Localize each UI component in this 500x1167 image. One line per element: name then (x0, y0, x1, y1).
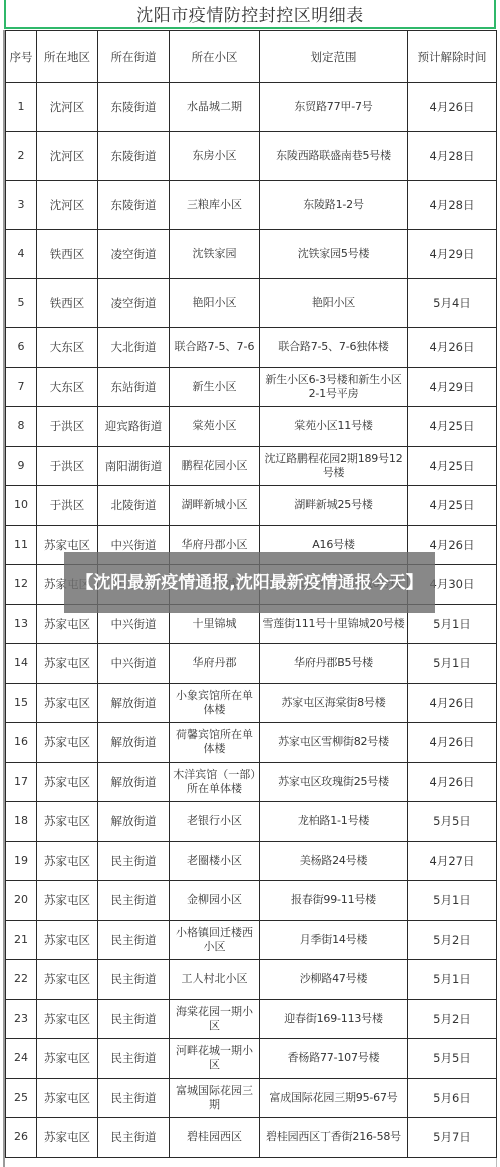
cell-district: 沈河区 (37, 132, 98, 181)
cell-street: 东陵街道 (98, 181, 170, 230)
cell-community: 艳阳小区 (170, 279, 260, 328)
cell-expected-release-date: 5月5日 (408, 1039, 497, 1079)
table-row: 7大东区东站街道新生小区新生小区6-3号楼和新生小区2-1号平房4月29日 (6, 367, 497, 407)
cell-expected-release-date: 4月25日 (408, 446, 497, 486)
cell-designated-range: 报春街99-11号楼 (260, 881, 408, 921)
cell-serial-no: 8 (6, 407, 37, 447)
table-row: 2沈河区东陵街道东房小区东陵西路联盛南巷5号楼4月28日 (6, 132, 497, 181)
cell-serial-no: 13 (6, 604, 37, 644)
cell-expected-release-date: 4月29日 (408, 367, 497, 407)
cell-street: 解放街道 (98, 802, 170, 842)
cell-serial-no: 17 (6, 762, 37, 802)
cell-expected-release-date: 4月26日 (408, 83, 497, 132)
cell-district: 苏家屯区 (37, 841, 98, 881)
cell-community: 棠苑小区 (170, 407, 260, 447)
table-row: 8于洪区迎宾路街道棠苑小区棠苑小区11号楼4月25日 (6, 407, 497, 447)
cell-serial-no: 12 (6, 565, 37, 605)
cell-community: 水晶城二期 (170, 83, 260, 132)
cell-expected-release-date: 5月4日 (408, 279, 497, 328)
table-header-row: 序号 所在地区 所在街道 所在小区 划定范围 预计解除时间 (6, 31, 497, 83)
cell-designated-range: 艳阳小区 (260, 279, 408, 328)
cell-expected-release-date: 5月5日 (408, 802, 497, 842)
cell-designated-range: 香杨路77-107号楼 (260, 1039, 408, 1079)
table-row: 16苏家屯区解放街道荷馨宾馆所在单体楼苏家屯区雪柳街82号楼4月26日 (6, 723, 497, 763)
cell-community: 老圈楼小区 (170, 841, 260, 881)
cell-serial-no: 20 (6, 881, 37, 921)
cell-serial-no: 22 (6, 960, 37, 1000)
cell-designated-range: 湖畔新城25号楼 (260, 486, 408, 526)
cell-district: 苏家屯区 (37, 1078, 98, 1118)
cell-district: 苏家屯区 (37, 999, 98, 1039)
cell-community: 湖畔新城小区 (170, 486, 260, 526)
cell-street: 大北街道 (98, 328, 170, 368)
cell-serial-no: 5 (6, 279, 37, 328)
cell-serial-no: 18 (6, 802, 37, 842)
cell-district: 铁西区 (37, 230, 98, 279)
cell-community: 新生小区 (170, 367, 260, 407)
cell-expected-release-date: 5月1日 (408, 881, 497, 921)
cell-designated-range: 棠苑小区11号楼 (260, 407, 408, 447)
cell-community: 海棠花园一期小区 (170, 999, 260, 1039)
cell-street: 民主街道 (98, 1118, 170, 1158)
cell-street: 东站街道 (98, 367, 170, 407)
cell-district: 苏家屯区 (37, 1039, 98, 1079)
table-row: 17苏家屯区解放街道木洋宾馆（一部）所在单体楼苏家屯区玫瑰街25号楼4月26日 (6, 762, 497, 802)
cell-serial-no: 10 (6, 486, 37, 526)
cell-community: 河畔花城一期小区 (170, 1039, 260, 1079)
cell-district: 苏家屯区 (37, 723, 98, 763)
cell-community: 东房小区 (170, 132, 260, 181)
cell-expected-release-date: 4月28日 (408, 132, 497, 181)
table-row: 10于洪区北陵街道湖畔新城小区湖畔新城25号楼4月25日 (6, 486, 497, 526)
cell-designated-range: 美杨路24号楼 (260, 841, 408, 881)
cell-expected-release-date: 5月7日 (408, 1118, 497, 1158)
cell-designated-range: 东贸路77甲-7号 (260, 83, 408, 132)
cell-street: 民主街道 (98, 920, 170, 960)
cell-serial-no: 4 (6, 230, 37, 279)
header-district: 所在地区 (37, 31, 98, 83)
cell-community: 木洋宾馆（一部）所在单体楼 (170, 762, 260, 802)
cell-expected-release-date: 4月25日 (408, 407, 497, 447)
table-row: 9于洪区南阳湖街道鹏程花园小区沈辽路鹏程花园2期189号12号楼4月25日 (6, 446, 497, 486)
table-row: 23苏家屯区民主街道海棠花园一期小区迎春街169-113号楼5月2日 (6, 999, 497, 1039)
cell-expected-release-date: 4月27日 (408, 841, 497, 881)
cell-expected-release-date: 4月25日 (408, 486, 497, 526)
table-row: 25苏家屯区民主街道富城国际花园三期富成国际花园三期95-67号5月6日 (6, 1078, 497, 1118)
cell-district: 铁西区 (37, 279, 98, 328)
table-row: 6大东区大北街道联合路7-5、7-6联合路7-5、7-6独体楼4月26日 (6, 328, 497, 368)
table-row: 4铁西区凌空街道沈铁家园沈铁家园5号楼4月29日 (6, 230, 497, 279)
cell-designated-range: 龙柏路1-1号楼 (260, 802, 408, 842)
cell-street: 凌空街道 (98, 279, 170, 328)
cell-expected-release-date: 4月26日 (408, 723, 497, 763)
cell-community: 金柳园小区 (170, 881, 260, 921)
cell-district: 苏家屯区 (37, 1118, 98, 1158)
cell-district: 于洪区 (37, 446, 98, 486)
cell-community: 鹏程花园小区 (170, 446, 260, 486)
cell-community: 三粮库小区 (170, 181, 260, 230)
cell-serial-no: 24 (6, 1039, 37, 1079)
cell-serial-no: 21 (6, 920, 37, 960)
cell-district: 苏家屯区 (37, 683, 98, 723)
cell-street: 民主街道 (98, 841, 170, 881)
cell-community: 碧桂园西区 (170, 1118, 260, 1158)
cell-district: 苏家屯区 (37, 920, 98, 960)
cell-serial-no: 23 (6, 999, 37, 1039)
cell-street: 民主街道 (98, 1039, 170, 1079)
cell-serial-no: 7 (6, 367, 37, 407)
cell-designated-range: 苏家屯区雪柳街82号楼 (260, 723, 408, 763)
table-row: 19苏家屯区民主街道老圈楼小区美杨路24号楼4月27日 (6, 841, 497, 881)
table-row: 3沈河区东陵街道三粮库小区东陵路1-2号4月28日 (6, 181, 497, 230)
cell-district: 苏家屯区 (37, 802, 98, 842)
header-expected-release-date: 预计解除时间 (408, 31, 497, 83)
cell-district: 沈河区 (37, 181, 98, 230)
cell-serial-no: 9 (6, 446, 37, 486)
cell-street: 东陵街道 (98, 83, 170, 132)
cell-expected-release-date: 5月2日 (408, 920, 497, 960)
cell-street: 民主街道 (98, 960, 170, 1000)
cell-street: 民主街道 (98, 881, 170, 921)
cell-district: 大东区 (37, 328, 98, 368)
cell-community: 小格镇回迁楼西小区 (170, 920, 260, 960)
table-row: 26苏家屯区民主街道碧桂园西区碧桂园西区丁香街216-58号5月7日 (6, 1118, 497, 1158)
cell-designated-range: 苏家屯区玫瑰街25号楼 (260, 762, 408, 802)
cell-expected-release-date: 4月26日 (408, 762, 497, 802)
table-body: 1沈河区东陵街道水晶城二期东贸路77甲-7号4月26日2沈河区东陵街道东房小区东… (6, 83, 497, 1158)
table-row: 21苏家屯区民主街道小格镇回迁楼西小区月季街14号楼5月2日 (6, 920, 497, 960)
cell-serial-no: 15 (6, 683, 37, 723)
cell-street: 解放街道 (98, 683, 170, 723)
cell-serial-no: 26 (6, 1118, 37, 1158)
cell-serial-no: 3 (6, 181, 37, 230)
cell-designated-range: 月季街14号楼 (260, 920, 408, 960)
cell-designated-range: 沈辽路鹏程花园2期189号12号楼 (260, 446, 408, 486)
cell-serial-no: 2 (6, 132, 37, 181)
overlay-caption-text: 【沈阳最新疫情通报,沈阳最新疫情通报今天】 (76, 572, 422, 594)
cell-street: 东陵街道 (98, 132, 170, 181)
cell-expected-release-date: 5月2日 (408, 999, 497, 1039)
table-row: 5铁西区凌空街道艳阳小区艳阳小区5月4日 (6, 279, 497, 328)
cell-serial-no: 6 (6, 328, 37, 368)
cell-street: 中兴街道 (98, 644, 170, 684)
cell-expected-release-date: 4月26日 (408, 328, 497, 368)
cell-designated-range: 新生小区6-3号楼和新生小区2-1号平房 (260, 367, 408, 407)
cell-district: 于洪区 (37, 486, 98, 526)
cell-designated-range: 华府丹郡B5号楼 (260, 644, 408, 684)
cell-community: 荷馨宾馆所在单体楼 (170, 723, 260, 763)
table-row: 14苏家屯区中兴街道华府丹郡华府丹郡B5号楼5月1日 (6, 644, 497, 684)
cell-serial-no: 11 (6, 525, 37, 565)
cell-designated-range: 沙柳路47号楼 (260, 960, 408, 1000)
cell-street: 凌空街道 (98, 230, 170, 279)
cell-designated-range: 苏家屯区海棠街8号楼 (260, 683, 408, 723)
cell-district: 苏家屯区 (37, 644, 98, 684)
document-title: 沈阳市疫情防控封控区明细表 (136, 1, 364, 26)
table-row: 1沈河区东陵街道水晶城二期东贸路77甲-7号4月26日 (6, 83, 497, 132)
header-community: 所在小区 (170, 31, 260, 83)
cell-expected-release-date: 5月1日 (408, 960, 497, 1000)
cell-expected-release-date: 4月26日 (408, 683, 497, 723)
overlay-caption-banner: 【沈阳最新疫情通报,沈阳最新疫情通报今天】 (64, 552, 435, 613)
cell-designated-range: 富成国际花园三期95-67号 (260, 1078, 408, 1118)
cell-street: 解放街道 (98, 762, 170, 802)
cell-serial-no: 14 (6, 644, 37, 684)
table-row: 24苏家屯区民主街道河畔花城一期小区香杨路77-107号楼5月5日 (6, 1039, 497, 1079)
cell-community: 沈铁家园 (170, 230, 260, 279)
cell-community: 工人村北小区 (170, 960, 260, 1000)
cell-designated-range: 联合路7-5、7-6独体楼 (260, 328, 408, 368)
cell-street: 民主街道 (98, 999, 170, 1039)
cell-street: 迎宾路街道 (98, 407, 170, 447)
cell-designated-range: 沈铁家园5号楼 (260, 230, 408, 279)
cell-expected-release-date: 5月6日 (408, 1078, 497, 1118)
table-row: 15苏家屯区解放街道小象宾馆所在单体楼苏家屯区海棠街8号楼4月26日 (6, 683, 497, 723)
table-row: 20苏家屯区民主街道金柳园小区报春街99-11号楼5月1日 (6, 881, 497, 921)
cell-street: 南阳湖街道 (98, 446, 170, 486)
document-title-box: 沈阳市疫情防控封控区明细表 (4, 0, 496, 29)
cell-district: 苏家屯区 (37, 762, 98, 802)
cell-serial-no: 1 (6, 83, 37, 132)
header-serial-no: 序号 (6, 31, 37, 83)
cell-serial-no: 25 (6, 1078, 37, 1118)
cell-district: 苏家屯区 (37, 881, 98, 921)
cell-designated-range: 东陵西路联盛南巷5号楼 (260, 132, 408, 181)
cell-expected-release-date: 4月28日 (408, 181, 497, 230)
cell-community: 小象宾馆所在单体楼 (170, 683, 260, 723)
cell-community: 富城国际花园三期 (170, 1078, 260, 1118)
cell-designated-range: 迎春街169-113号楼 (260, 999, 408, 1039)
cell-serial-no: 16 (6, 723, 37, 763)
cell-street: 北陵街道 (98, 486, 170, 526)
cell-community: 华府丹郡 (170, 644, 260, 684)
cell-designated-range: 碧桂园西区丁香街216-58号 (260, 1118, 408, 1158)
cell-designated-range: 东陵路1-2号 (260, 181, 408, 230)
table-row: 22苏家屯区民主街道工人村北小区沙柳路47号楼5月1日 (6, 960, 497, 1000)
cell-street: 民主街道 (98, 1078, 170, 1118)
cell-street: 解放街道 (98, 723, 170, 763)
header-designated-range: 划定范围 (260, 31, 408, 83)
cell-serial-no: 19 (6, 841, 37, 881)
cell-community: 联合路7-5、7-6 (170, 328, 260, 368)
table-row: 18苏家屯区解放街道老银行小区龙柏路1-1号楼5月5日 (6, 802, 497, 842)
cell-community: 老银行小区 (170, 802, 260, 842)
cell-expected-release-date: 5月1日 (408, 644, 497, 684)
cell-district: 大东区 (37, 367, 98, 407)
cell-district: 苏家屯区 (37, 960, 98, 1000)
cell-district: 于洪区 (37, 407, 98, 447)
cell-district: 沈河区 (37, 83, 98, 132)
header-street: 所在街道 (98, 31, 170, 83)
cell-expected-release-date: 4月29日 (408, 230, 497, 279)
